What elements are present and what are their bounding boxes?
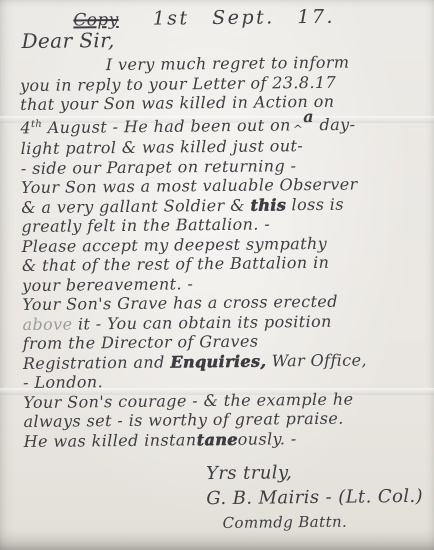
letter-page: Copy 1st Sept. 17. Dear Sir, I very much… [0, 0, 434, 550]
letter-date: 1st Sept. 17. [153, 6, 336, 30]
signature-role: Commdg Battn. [222, 509, 434, 536]
letter-text-segment: day- [314, 114, 356, 133]
letter-body: I very much regret to informyou in reply… [20, 52, 430, 452]
closing-block: Yrs truly, G. B. Mairis - (Lt. Col.) Com… [206, 459, 434, 536]
valediction: Yrs truly, [206, 459, 434, 486]
salutation: Dear Sir, [21, 25, 431, 53]
letter-text-segment: this [250, 195, 286, 214]
letter-text-segment: it - You can obtain its position [72, 312, 332, 334]
letter-text-segment: War Office, [266, 350, 367, 370]
letter-text-segment: th [31, 118, 42, 129]
letter-text-segment: Your Son's Grave has a cross erected [22, 292, 338, 314]
letter-text-segment: He was killed instan [24, 430, 197, 451]
letter-text-segment: tane [196, 430, 237, 449]
letter-text-segment: - London. [23, 373, 103, 393]
letter-text-segment: light patrol & was killed just out- [21, 136, 304, 158]
letter-text-segment: ^ [293, 120, 304, 140]
letter-text-segment: I very much regret to inform [106, 53, 350, 75]
letter-text-segment: Enquiries, [170, 351, 266, 371]
letter-text-segment: 4 [20, 118, 31, 137]
letter-text-segment: loss is [286, 194, 344, 214]
letter-text-segment: Please accept my deepest sympathy [22, 234, 328, 256]
signature: G. B. Mairis - (Lt. Col.) [206, 484, 434, 511]
letter-text-segment: Registration and [23, 352, 170, 373]
letter-text-segment: from the Director of Graves [23, 332, 259, 353]
letter-text-segment: that your Son was killed in Action on [20, 92, 334, 114]
letter-text-segment: always set - is worthy of great praise. [23, 409, 343, 431]
letter-text-segment: - side our Parapet on returning - [21, 156, 297, 178]
letter-content: Copy 1st Sept. 17. Dear Sir, I very much… [0, 0, 434, 550]
letter-text-segment: above [22, 314, 72, 334]
letter-text-segment: a [303, 107, 314, 127]
letter-text-segment: greatly felt in the Battalion. - [21, 215, 270, 237]
letter-text-segment: ously. - [238, 429, 297, 449]
letter-text-segment: your bereavement. - [22, 274, 193, 295]
letter-line: He was killed instantaneously. - [24, 428, 430, 452]
letter-text-segment: you in reply to your Letter of 23.8.17 [20, 72, 336, 94]
letter-text-segment: & that of the rest of the Battalion in [22, 253, 330, 275]
letter-text-segment: & a very gallant Soldier & [21, 195, 250, 216]
letter-text-segment: August - He had been out on [42, 115, 291, 137]
